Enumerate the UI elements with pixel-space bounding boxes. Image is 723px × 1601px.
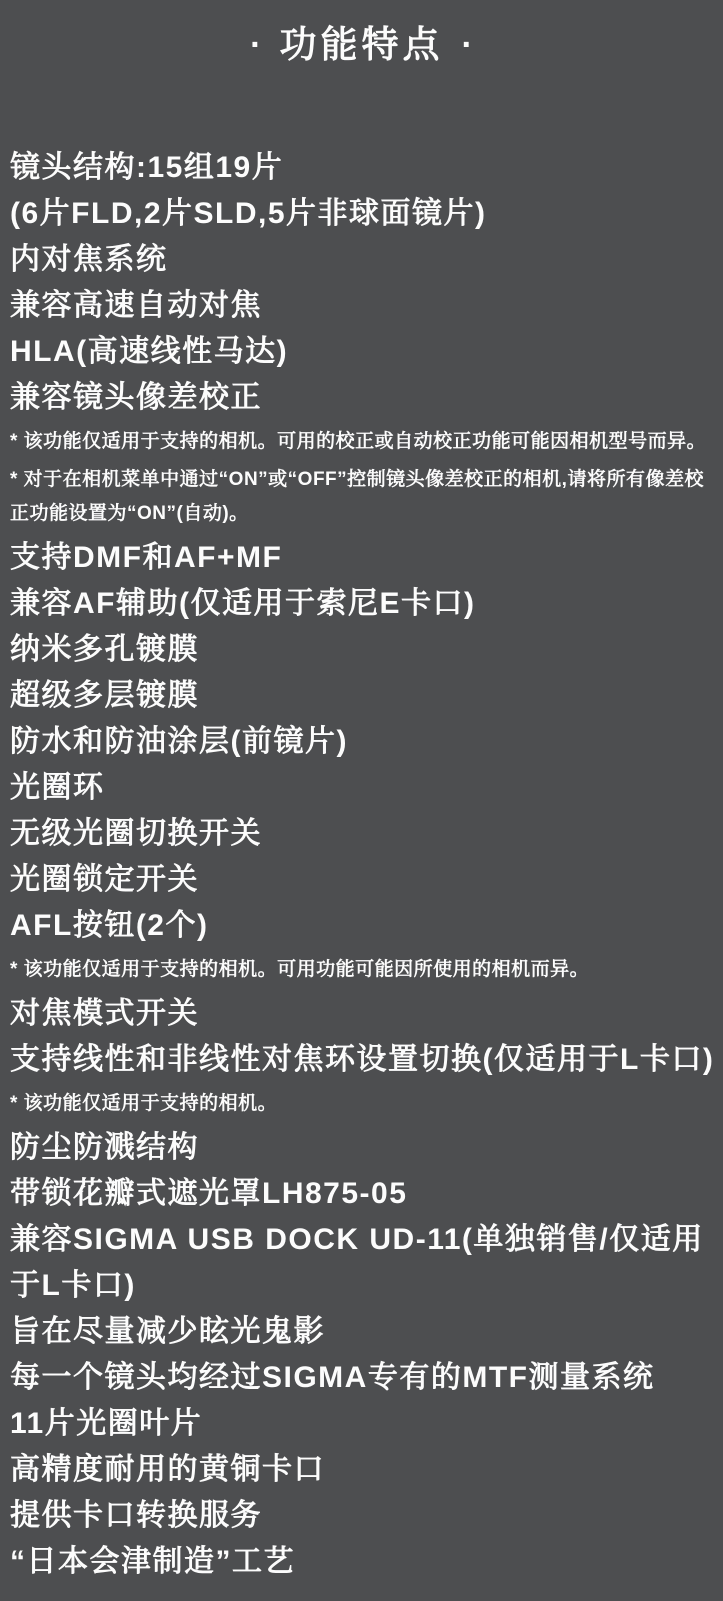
- feature-line: 每一个镜头均经过SIGMA专有的MTF测量系统: [10, 1355, 717, 1401]
- feature-line: 提供卡口转换服务: [10, 1493, 717, 1539]
- feature-line: 光圈环: [10, 765, 717, 811]
- feature-line: 兼容SIGMA USB DOCK UD-11(单独销售/仅适用于L卡口): [10, 1217, 717, 1309]
- feature-line: 兼容高速自动对焦: [10, 283, 717, 329]
- section-header: · 功能特点 ·: [0, 0, 723, 67]
- feature-line: 无级光圈切换开关: [10, 811, 717, 857]
- feature-line: HLA(高速线性马达): [10, 329, 717, 375]
- feature-line: 超级多层镀膜: [10, 673, 717, 719]
- title-right-dot: ·: [462, 23, 473, 67]
- feature-line: 防水和防油涂层(前镜片): [10, 719, 717, 765]
- feature-line: 内对焦系统: [10, 237, 717, 283]
- feature-line: 11片光圈叶片: [10, 1401, 717, 1447]
- feature-footnote: * 该功能仅适用于支持的相机。可用的校正或自动校正功能可能因相机型号而异。: [10, 425, 717, 459]
- feature-list: 镜头结构:15组19片(6片FLD,2片SLD,5片非球面镜片)内对焦系统兼容高…: [10, 145, 717, 1585]
- feature-line: 纳米多孔镀膜: [10, 627, 717, 673]
- feature-line: 旨在尽量减少眩光鬼影: [10, 1309, 717, 1355]
- feature-footnote: * 该功能仅适用于支持的相机。可用功能可能因所使用的相机而异。: [10, 953, 717, 987]
- feature-line: AFL按钮(2个): [10, 903, 717, 949]
- title-left-dot: ·: [250, 23, 261, 67]
- page-title: 功能特点: [280, 23, 444, 67]
- feature-line: 支持线性和非线性对焦环设置切换(仅适用于L卡口): [10, 1037, 717, 1083]
- feature-line: “日本会津制造”工艺: [10, 1539, 717, 1585]
- feature-line: 镜头结构:15组19片: [10, 145, 717, 191]
- feature-line: 带锁花瓣式遮光罩LH875-05: [10, 1171, 717, 1217]
- feature-line: 防尘防溅结构: [10, 1125, 717, 1171]
- feature-line: 对焦模式开关: [10, 991, 717, 1037]
- feature-footnote: * 对于在相机菜单中通过“ON”或“OFF”控制镜头像差校正的相机,请将所有像差…: [10, 463, 717, 531]
- feature-line: 兼容AF辅助(仅适用于索尼E卡口): [10, 581, 717, 627]
- feature-line: 高精度耐用的黄铜卡口: [10, 1447, 717, 1493]
- feature-line: 光圈锁定开关: [10, 857, 717, 903]
- feature-line: 兼容镜头像差校正: [10, 375, 717, 421]
- feature-line: (6片FLD,2片SLD,5片非球面镜片): [10, 191, 717, 237]
- feature-footnote: * 该功能仅适用于支持的相机。: [10, 1087, 717, 1121]
- feature-line: 支持DMF和AF+MF: [10, 535, 717, 581]
